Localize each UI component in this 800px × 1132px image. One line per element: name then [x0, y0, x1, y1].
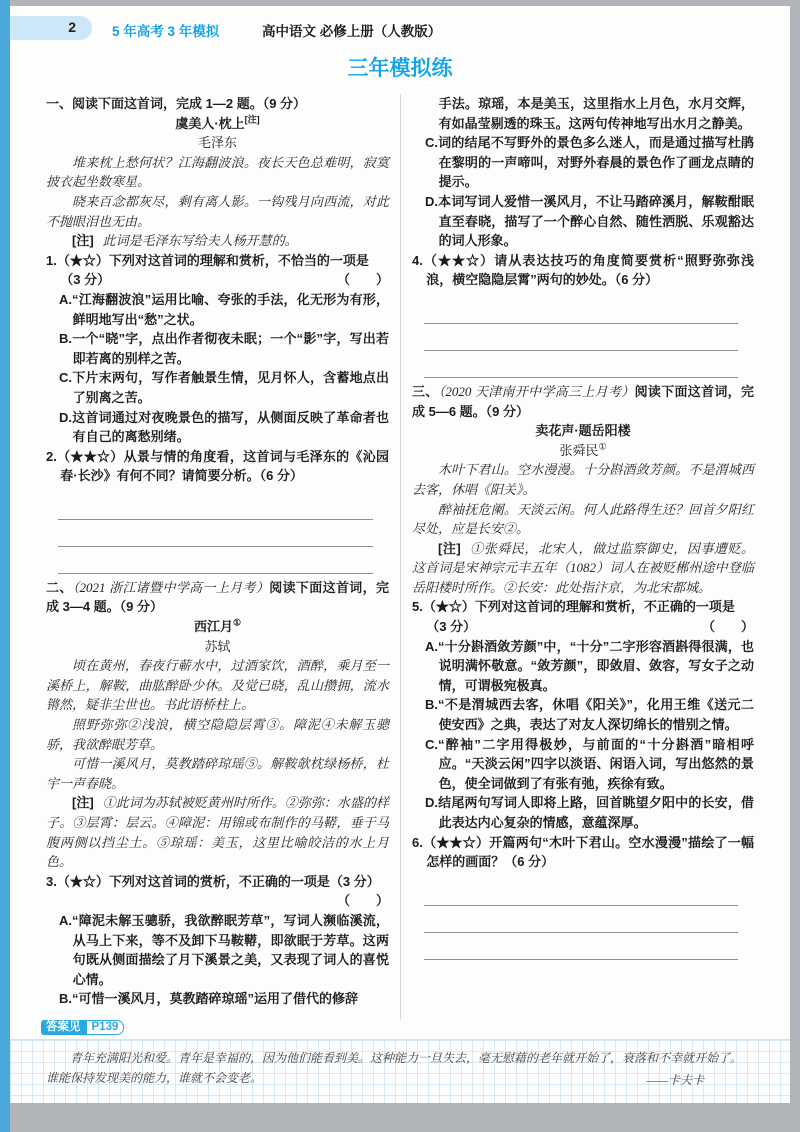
question-1-option-c: C.下片末两句，写作者触景生情，见月怀人，含蓄地点出了别离之苦。	[59, 368, 389, 407]
question-5: 5.（★☆）下列对这首词的理解和赏析，不正确的一项是 （3 分）（ ） A.“十…	[412, 597, 754, 832]
poem1-title: 虞美人·枕上[注]	[46, 114, 389, 134]
question-1-answer-bracket: （ ）	[337, 270, 389, 290]
answer-line	[424, 933, 738, 960]
question-5-answer-bracket: （ ）	[702, 617, 754, 637]
page-title: 三年模拟练	[10, 52, 790, 82]
poem3-note: [注]①张舜民，北宋人，做过监察御史，因事遭贬。这首词是宋神宗元丰五年（1082…	[412, 539, 754, 598]
page-number-pill: 2	[10, 16, 92, 40]
poem3-stanza1: 木叶下君山。空水漫漫。十分斟酒敛芳颜。不是渭城西去客，休唱《阳关》。	[412, 460, 754, 499]
question-4: 4.（★★☆）请从表达技巧的角度简要赏析“照野弥弥浅浪，横空隐隐层霄”两句的妙处…	[412, 251, 754, 382]
poem2-title-text: 西江月	[194, 619, 233, 634]
footer-quote-strip: 青年充满阳光和爱。青年是幸福的，因为他们能看到美。这种能力一旦失去，毫无慰藉的老…	[10, 1039, 790, 1103]
answer-line	[424, 324, 738, 351]
question-3-text: 下列对这首词的赏析，不正确的一项是（3 分）	[109, 874, 380, 889]
answer-line	[424, 879, 738, 906]
note-label: [注]	[72, 795, 94, 810]
book-title: 高中语文 必修上册（人教版）	[262, 20, 441, 40]
textbook-page: 2 5 年高考 3 年模拟 高中语文 必修上册（人教版） 三年模拟练 一、阅读下…	[10, 6, 790, 1103]
poem2-stanza1: 照野弥弥②浅浪，横空隐隐层霄③。障泥④未解玉骢骄，我欲醉眠芳草。	[46, 715, 389, 754]
two-column-content: 一、阅读下面这首词，完成 1—2 题。（9 分） 虞美人·枕上[注] 毛泽东 堆…	[10, 94, 790, 1020]
answer-line	[424, 906, 738, 933]
footer-quote-attribution: ——卡夫卡	[647, 1071, 704, 1088]
question-6-answer-area	[412, 872, 754, 964]
poem3-author: 张舜民①	[412, 441, 754, 461]
answer-line	[58, 493, 373, 520]
footer-quote: 青年充满阳光和爱。青年是幸福的，因为他们能看到美。这种能力一旦失去，毫无慰藉的老…	[46, 1048, 748, 1088]
page-number: 2	[68, 19, 76, 35]
question-2-number: 2.	[46, 449, 57, 464]
series-title: 5 年高考 3 年模拟	[112, 20, 219, 40]
answer-badge-label: 答案见	[41, 1020, 86, 1035]
poem1-title-text: 虞美人·枕上	[175, 116, 244, 131]
question-1-text: 下列对这首词的理解和赏析，不恰当的一项是	[109, 253, 369, 268]
exercise3-intro: 三、（2020 天津南开中学高三上月考）阅读下面这首词，完成 5—6 题。（9 …	[412, 382, 754, 421]
question-1-difficulty-stars: （★☆）	[57, 253, 109, 268]
question-5-number: 5.	[412, 599, 423, 614]
question-1-option-d: D.这首词通过对夜晚景色的描写，从侧面反映了革命者也有自己的离愁别绪。	[59, 408, 389, 447]
poem1-note-text: 此词是毛泽东写给夫人杨开慧的。	[103, 233, 298, 248]
exercise1-instruction: 阅读下面这首词，完成 1—2 题。（9 分）	[72, 96, 306, 111]
question-5-score: （3 分）	[426, 617, 476, 637]
question-2-stem: 2.（★★☆）从景与情的角度看，这首词与毛泽东的《沁园春·长沙》有何不同？请简要…	[46, 447, 389, 486]
poem3-author-name: 张舜民	[559, 443, 598, 458]
question-1-stem: 1.（★☆）下列对这首词的理解和赏析，不恰当的一项是	[46, 251, 389, 271]
poem1-title-note-marker: [注]	[245, 114, 260, 124]
exercise2-number: 二、	[46, 580, 73, 595]
question-1: 1.（★☆）下列对这首词的理解和赏析，不恰当的一项是 （3 分）（ ） A.“江…	[46, 251, 389, 447]
question-5-option-a: A.“十分斟酒敛芳颜”中，“十分”二字形容酒斟得很满，也说明满怀敬意。“敛芳颜”…	[425, 637, 754, 696]
question-1-score-line: （3 分）（ ）	[46, 270, 389, 290]
question-3-option-c: C.词的结尾不写野外的景色多么迷人，而是通过描写杜鹃在黎明的一声啼叫，对野外春晨…	[425, 133, 754, 192]
question-3-number: 3.	[46, 874, 57, 889]
question-4-stem: 4.（★★☆）请从表达技巧的角度简要赏析“照野弥弥浅浪，横空隐隐层霄”两句的妙处…	[412, 251, 754, 290]
question-5-option-d: D.结尾两句写词人即将上路，回首眺望夕阳中的长安，借此表达内心复杂的情感，意蕴深…	[425, 793, 754, 832]
exercise1-number: 一、	[46, 96, 72, 111]
question-5-difficulty-stars: （★☆）	[423, 599, 475, 614]
answer-line	[58, 547, 373, 574]
poem1-stanza2: 晓来百念都灰尽，剩有离人影。一钩残月向西流，对此不抛眼泪也无由。	[46, 192, 389, 231]
question-6-number: 6.	[412, 835, 423, 850]
question-4-answer-area	[412, 290, 754, 382]
question-5-option-b: B.“不是渭城西去客，休唱《阳关》”，化用王维《送元二使安西》之典，表达了对友人…	[425, 695, 754, 734]
poem1-stanza1: 堆来枕上愁何状？江海翻波浪。夜长天色总难明，寂寞披衣起坐数寒星。	[46, 153, 389, 192]
question-6-stem: 6.（★★☆）开篇两句“木叶下君山。空水漫漫”描绘了一幅怎样的画面？（6 分）	[412, 833, 754, 872]
question-6-difficulty-stars: （★★☆）	[423, 835, 489, 850]
question-3-answer-bracket: （ ）	[46, 891, 389, 911]
right-column: 手法。琼瑶，本是美玉，这里指水上月色，水月交辉，有如晶莹剔透的珠玉。这两句传神地…	[400, 94, 754, 1020]
question-3-option-b-part1: B.“可惜一溪风月，莫教踏碎琼瑶”运用了借代的修辞	[59, 989, 389, 1009]
question-1-option-a: A.“江海翻波浪”运用比喻、夸张的手法，化无形为有形，鲜明地写出“愁”之状。	[59, 290, 389, 329]
poem2-note: [注]①此词为苏轼被贬黄州时所作。②弥弥：水盛的样子。③层霄：层云。④障泥：用锦…	[46, 793, 389, 871]
poem2-preface: 顷在黄州，春夜行蕲水中，过酒家饮，酒醉，乘月至一溪桥上，解鞍，曲肱醉卧少休。及觉…	[46, 656, 389, 715]
answer-reference-badge: 答案见P139	[41, 1018, 124, 1034]
poem2-title-note-marker: ①	[233, 618, 241, 628]
exercise2-intro: 二、（2021 浙江诸暨中学高一上月考）阅读下面这首词，完成 3—4 题。（9 …	[46, 578, 389, 617]
answer-badge-page: P139	[86, 1020, 125, 1035]
question-3: 3.（★☆）下列对这首词的赏析，不正确的一项是（3 分） （ ） A.“障泥未解…	[46, 872, 389, 1009]
poem2-stanza2: 可惜一溪风月，莫教踏碎琼瑶⑤。解鞍欹枕绿杨桥，杜宇一声春晓。	[46, 754, 389, 793]
question-3-difficulty-stars: （★☆）	[57, 874, 109, 889]
poem3-note-text: ①张舜民，北宋人，做过监察御史，因事遭贬。这首词是宋神宗元丰五年（1082）词人…	[412, 541, 754, 595]
question-2: 2.（★★☆）从景与情的角度看，这首词与毛泽东的《沁园春·长沙》有何不同？请简要…	[46, 447, 389, 578]
exercise1-intro: 一、阅读下面这首词，完成 1—2 题。（9 分）	[46, 94, 389, 114]
poem3-stanza2: 醉袖抚危阑。天淡云闲。何人此路得生还？回首夕阳红尽处，应是长安②。	[412, 500, 754, 539]
answer-line	[424, 297, 738, 324]
poem2-title: 西江月①	[46, 617, 389, 637]
question-1-option-b: B.一个“晓”字，点出作者彻夜未眠；一个“影”字，写出若即若离的别样之苦。	[59, 329, 389, 368]
question-6: 6.（★★☆）开篇两句“木叶下君山。空水漫漫”描绘了一幅怎样的画面？（6 分）	[412, 833, 754, 964]
answer-line	[58, 520, 373, 547]
question-5-text: 下列对这首词的理解和赏析，不正确的一项是	[475, 599, 735, 614]
poem1-note: [注]此词是毛泽东写给夫人杨开慧的。	[46, 231, 389, 251]
question-1-number: 1.	[46, 253, 57, 268]
exercise2-source: （2021 浙江诸暨中学高一上月考）	[73, 580, 270, 595]
note-label: [注]	[438, 541, 461, 556]
question-3-stem: 3.（★☆）下列对这首词的赏析，不正确的一项是（3 分）	[46, 872, 389, 892]
question-2-answer-area	[46, 486, 389, 578]
poem3-title: 卖花声·题岳阳楼	[412, 421, 754, 441]
poem3-author-note-marker: ①	[598, 441, 606, 451]
question-3-option-b-part2: 手法。琼瑶，本是美玉，这里指水上月色，水月交辉，有如晶莹剔透的珠玉。这两句传神地…	[425, 94, 754, 133]
poem2-note-text: ①此词为苏轼被贬黄州时所作。②弥弥：水盛的样子。③层霄：层云。④障泥：用锦或布制…	[46, 795, 389, 869]
question-1-score: （3 分）	[60, 270, 110, 290]
answer-line	[424, 351, 738, 378]
exercise3-number: 三、	[412, 384, 439, 399]
book-spine-strip	[0, 0, 10, 1132]
poem1-author: 毛泽东	[46, 133, 389, 153]
question-5-option-c: C.“醉袖”二字用得极妙，与前面的“十分斟酒”暗相呼应。“天淡云闲”四字以淡语、…	[425, 735, 754, 794]
page-header: 2 5 年高考 3 年模拟 高中语文 必修上册（人教版）	[10, 6, 790, 50]
question-2-difficulty-stars: （★★☆）	[57, 449, 124, 464]
question-5-stem: 5.（★☆）下列对这首词的理解和赏析，不正确的一项是	[412, 597, 754, 617]
exercise3-source: （2020 天津南开中学高三上月考）	[439, 384, 635, 399]
question-5-score-line: （3 分）（ ）	[412, 617, 754, 637]
poem2-author: 苏轼	[46, 637, 389, 657]
note-label: [注]	[72, 233, 94, 248]
question-3-option-a: A.“障泥未解玉骢骄，我欲醉眠芳草”，写词人濒临溪流，从马上下来，等不及卸下马鞍…	[59, 911, 389, 989]
question-4-number: 4.	[412, 253, 423, 268]
question-3-option-d: D.本词写词人爱惜一溪风月，不让马踏碎溪月，解鞍酣眠直至春晓，描写了一个醉心自然…	[425, 192, 754, 251]
left-column: 一、阅读下面这首词，完成 1—2 题。（9 分） 虞美人·枕上[注] 毛泽东 堆…	[46, 94, 400, 1020]
question-4-difficulty-stars: （★★☆）	[423, 253, 494, 268]
